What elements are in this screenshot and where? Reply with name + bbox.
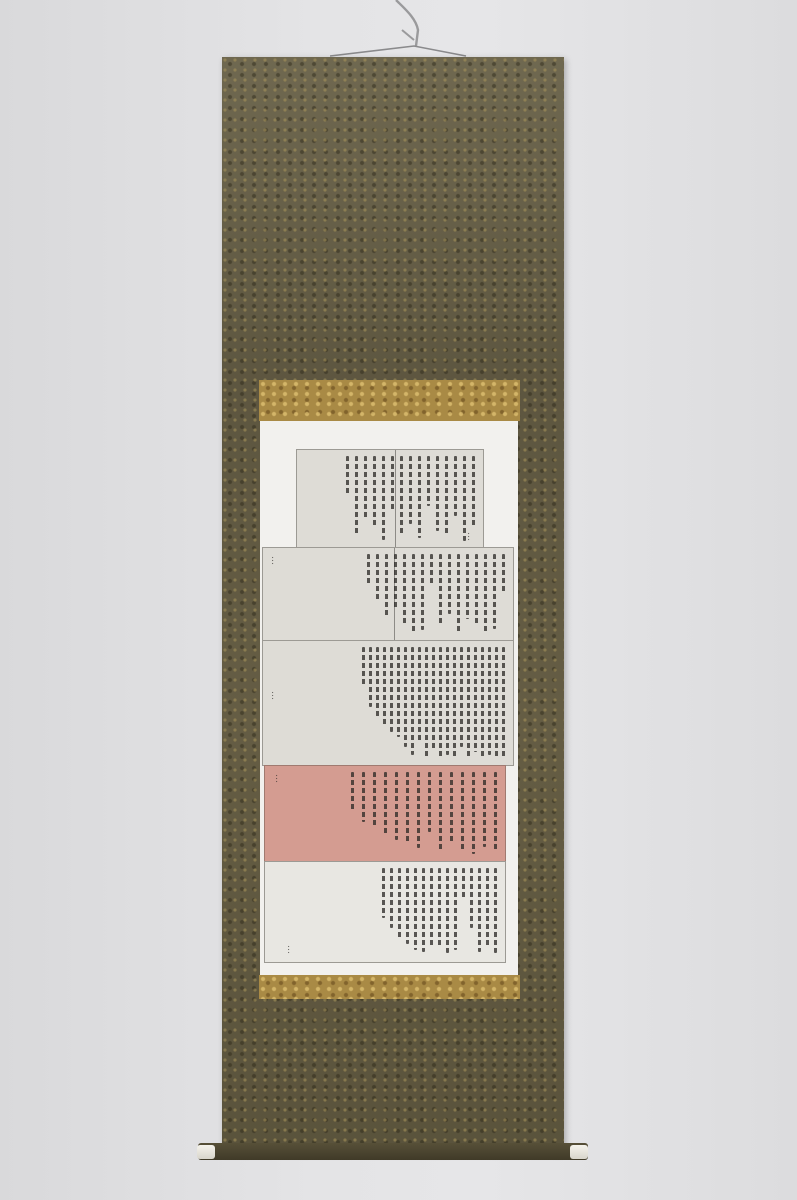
letter-sheet-top: … (296, 449, 484, 548)
hanging-hook (330, 0, 470, 58)
signature: … (465, 532, 475, 541)
signature: … (285, 945, 295, 954)
letter-mount-panel: … … … (260, 421, 518, 975)
letter-sheet-bottom: … (264, 861, 506, 963)
signature: … (269, 556, 279, 565)
letter-sheet-pink: … (264, 765, 506, 862)
roller-end-cap-right (570, 1145, 588, 1159)
signature: … (273, 774, 283, 783)
gold-brocade-top-band (259, 380, 520, 421)
letter-sheet-third: … (262, 640, 514, 766)
gold-brocade-bottom-band (259, 975, 520, 999)
letter-sheet-second: … (262, 547, 514, 642)
scroll-roller (198, 1143, 588, 1160)
signature: … (269, 691, 279, 700)
roller-end-cap-left (197, 1145, 215, 1159)
